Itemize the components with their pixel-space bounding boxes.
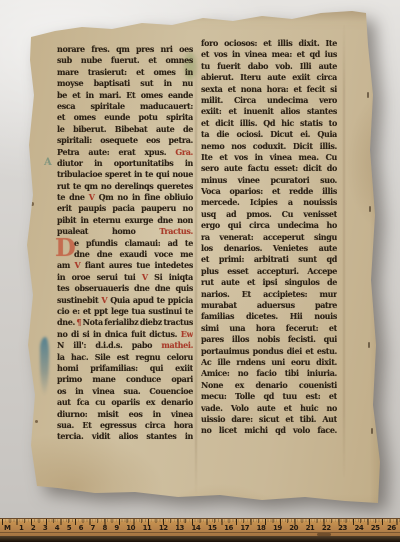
bottom-dark-strip	[0, 536, 400, 542]
manuscript-text-line: usq ad pmos. Cu venisset	[201, 209, 337, 220]
manuscript-text-line: aut fca cu opariis ex denario	[57, 397, 193, 408]
right-margin-crease	[343, 22, 345, 480]
right-column: foro ociosos: et illis dixit. Iteet vos …	[201, 38, 337, 437]
manuscript-text-line: plus esset accepturi. Accepe	[201, 266, 337, 277]
manuscript-text-line: et omes eunde potu spirita	[57, 112, 193, 123]
ruler-number: 26	[387, 524, 396, 532]
manuscript-text-line: dne dne exaudi voce me	[57, 249, 193, 260]
ruler-number: 21	[306, 524, 315, 532]
ruler-number: 14	[191, 524, 200, 532]
manuscript-text-line: norare fres. qm pres nri oes	[57, 44, 193, 55]
ruler-number: 24	[354, 524, 363, 532]
manuscript-text-line: diurno: misit eos in vinea	[57, 409, 193, 420]
ruler-number: 3	[43, 524, 47, 532]
manuscript-text-line: nemo nos coduxit. Dicit illis.	[201, 141, 337, 152]
manuscript-text-line: ta die ociosi. Dicut ei. Quia	[201, 129, 337, 140]
manuscript-text-line: rut aute et ipsi singulos de	[201, 277, 337, 288]
manuscript-text-line: Amice: no facio tibi iniuria.	[201, 368, 337, 379]
manuscript-text-line: narios. Et accipietes: mur	[201, 289, 337, 300]
manuscript-text-line: pares illos nobis fecisti. qui	[201, 334, 337, 345]
manuscript-text-line: os in vinea sua. Couencioe	[57, 386, 193, 397]
manuscript-text-line: et dicit illis. Qd hic statis to	[201, 118, 337, 129]
manuscript-text-line: los denarios. Venietes aute	[201, 243, 337, 254]
manuscript-text-line: am V fiant aures tue intedetes	[57, 260, 193, 271]
ruler: M 12345678910111213141516171819202122232…	[0, 518, 400, 537]
manuscript-text-line: tribulacioe speret in te qui noue	[57, 169, 193, 180]
manuscript-text-line: mecu: Tolle qd tuu est: et	[201, 391, 337, 402]
blue-pigment-stain	[40, 337, 49, 395]
manuscript-text-line: pualeat homo Tractus.	[57, 226, 193, 237]
sewing-hole	[367, 92, 369, 98]
manuscript-text-line: e pfundis clamaui: ad te	[57, 238, 193, 249]
sewing-hole	[371, 428, 373, 434]
top-corner-crease	[1, 0, 41, 10]
manuscript-text-line: te dne V Qm no in fine obliuio	[57, 192, 193, 203]
manuscript-text-line: ergo qui circa undecima ho	[201, 220, 337, 231]
manuscript-text-line: familias dicetes. Hii nouis	[201, 311, 337, 322]
ruler-number: 13	[175, 524, 184, 532]
manuscript-text-line: cio e: et ppt lege tua sustinui te	[57, 306, 193, 317]
manuscript-text-line: uissio dare: sicut et tibi. Aut	[201, 414, 337, 425]
manuscript-text-line: ra venerat: acceperut singu	[201, 232, 337, 243]
manuscript-text-line: primo mane conduce opari	[57, 374, 193, 385]
ruler-numbers: 1234567891011121314151617181920212223242…	[19, 524, 396, 532]
ruler-number: 1	[19, 524, 23, 532]
ruler-number: 23	[338, 524, 347, 532]
manuscript-text-line: diutor in oportunitatibs in	[57, 158, 193, 169]
manuscript-text-line: foro ociosos: et illis dixit. Ite	[201, 38, 337, 49]
manuscript-text-line: vade. Volo aute et huic no	[201, 403, 337, 414]
ruler-number: 19	[273, 524, 282, 532]
manuscript-text-line: Ite et vos in vinea mea. Cu	[201, 152, 337, 163]
ruler-number: 6	[79, 524, 83, 532]
manuscript-text-line: spiritali: osequete eos petra.	[57, 135, 193, 146]
manuscript-text-line: rut te qm no derelinqs queretes	[57, 181, 193, 192]
ruler-number: 4	[55, 524, 59, 532]
ruler-number: 18	[257, 524, 266, 532]
manuscript-text-line: sub nube fuerut. et omnes	[57, 55, 193, 66]
manuscript-text-line: no licet michi qd volo face.	[201, 425, 337, 436]
manuscript-text-line: murabat aduersus patre	[201, 300, 337, 311]
manuscript-text-line: None ex denario couenisti	[201, 380, 337, 391]
ruler-number: 20	[289, 524, 298, 532]
ruler-number: 15	[208, 524, 217, 532]
sewing-hole	[369, 206, 371, 212]
manuscript-text-line: mercede. Icipies a nouissis	[201, 197, 337, 208]
ruler-number: 17	[240, 524, 249, 532]
manuscript-text-line: le biberut. Bibebat aute de	[57, 124, 193, 135]
manuscript-text-line: sexta et nona hora: et fecit si	[201, 84, 337, 95]
ruler-number: 11	[143, 524, 152, 532]
manuscript-leaf: A D norare fres. qm pres nri oessub nube…	[0, 0, 400, 542]
manuscript-text-line: portauimus pondus diei et estu.	[201, 346, 337, 357]
manuscript-text-line: in oroe serui tui V Si iniqta	[57, 272, 193, 283]
ruler-number: 2	[31, 524, 35, 532]
ruler-number: 12	[159, 524, 168, 532]
manuscript-text-line: abierut. Iteru aute exiit circa	[201, 72, 337, 83]
ruler-number: 10	[126, 524, 135, 532]
manuscript-text-line: no di si in dnica fuit dictus. Ew	[57, 329, 193, 340]
manuscript-text-line: dne. ¶ Nota ferialibz diebz tractus	[57, 317, 193, 328]
ruler-number: 25	[371, 524, 380, 532]
manuscript-text-line: N ill': d.i.d.s. pabo mathei.	[57, 340, 193, 351]
ruler-number: 5	[67, 524, 71, 532]
manuscript-text-line: exiit: et inuenit alios stantes	[201, 106, 337, 117]
worm-hole	[31, 202, 34, 206]
manuscript-text-line: tu fuerit dabo vob. Illi aute	[201, 61, 337, 72]
ruler-number: 22	[322, 524, 331, 532]
manuscript-text-line: be et in mari. Et omes eande	[57, 90, 193, 101]
manuscript-text-line: mare trasierut: et omes in	[57, 67, 193, 78]
manuscript-text-line: esca spiritale maducauert:	[57, 101, 193, 112]
manuscript-text-line: Petra aute: erat xpus. Gra.	[57, 147, 193, 158]
manuscript-text-line: Voca oparios: et redde illis	[201, 186, 337, 197]
gutter-crease	[195, 55, 197, 495]
faded-margin-initial-a: A	[44, 157, 52, 168]
ruler-number: 8	[102, 524, 106, 532]
manuscript-text-line: sua. Et egressus circa hora	[57, 420, 193, 431]
manuscript-text-line: moyse baptisati sut in nu	[57, 78, 193, 89]
ruler-groove-line	[0, 532, 400, 533]
manuscript-text-line: Ac ille rndens uni eoru dixit.	[201, 357, 337, 368]
manuscript-text-line: sero aute factu esset: dicit do	[201, 163, 337, 174]
manuscript-text-line: homi prifamilias: qui exiit	[57, 363, 193, 374]
ruler-unit-label: M	[4, 524, 11, 532]
manuscript-text-line: tercia. vidit alios stantes in	[57, 431, 193, 442]
manuscript-text-line: erit paupis pacia pauperu no	[57, 203, 193, 214]
manuscript-text-line: la hac. Sile est regnu celoru	[57, 352, 193, 363]
manuscript-text-line: minus vinee pcuratori suo.	[201, 175, 337, 186]
ruler-number: 9	[114, 524, 118, 532]
worm-hole	[35, 420, 38, 423]
left-column: norare fres. qm pres nri oessub nube fue…	[57, 44, 193, 443]
photo-backdrop: A D norare fres. qm pres nri oessub nube…	[0, 0, 400, 542]
manuscript-text-line: pibit in eternu exurge dne non	[57, 215, 193, 226]
manuscript-text-line: et primi: arbitrati sunt qd	[201, 254, 337, 265]
manuscript-text-line: tes obseruaueris dne dne quis	[57, 283, 193, 294]
manuscript-text-line: et vos in vinea mea: et qd ius	[201, 49, 337, 60]
manuscript-text-line: milit. Circa undecima vero	[201, 95, 337, 106]
manuscript-text-line: sustinebit V Quia apud te ppicia	[57, 295, 193, 306]
sewing-hole	[368, 342, 370, 348]
ruler-number: 16	[224, 524, 233, 532]
ruler-number: 7	[91, 524, 95, 532]
leaf-shadow-wrap: A D norare fres. qm pres nri oessub nube…	[0, 0, 400, 542]
manuscript-text-line: simi una hora fecerut: et	[201, 323, 337, 334]
